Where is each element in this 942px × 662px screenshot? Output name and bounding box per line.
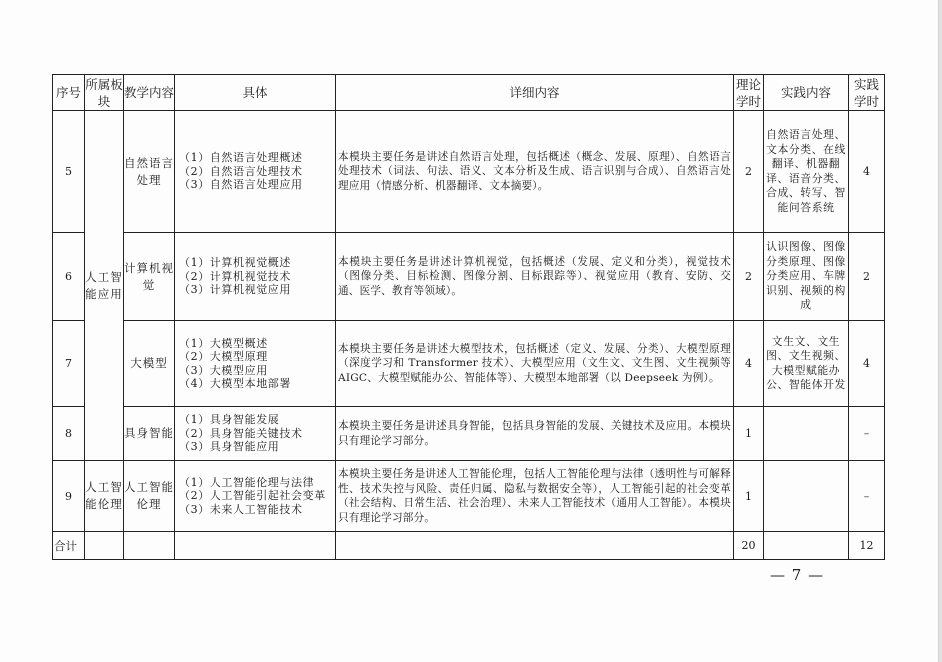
header-row: 序号 所属板块 教学内容 具体 详细内容 理论学时 实践内容 实践学时 (53, 75, 885, 111)
row-index: 7 (53, 321, 85, 407)
practice-content-cell (764, 407, 849, 461)
item-line: （1）人工智能伦理与法律 (179, 476, 335, 490)
course-schedule-table: 序号 所属板块 教学内容 具体 详细内容 理论学时 实践内容 实践学时 5 人工… (52, 74, 885, 560)
practice-hours-cell: 4 (849, 321, 885, 407)
empty-cell (336, 532, 734, 560)
table-row: 8 具身智能 （1）具身智能发展 （2）具身智能关键技术 （3）具身智能应用 本… (53, 407, 885, 461)
item-line: （3）大模型应用 (179, 364, 335, 378)
block-cell: 人工智能伦理 (85, 461, 124, 532)
items-cell: （1）计算机视觉概述 （2）计算机视觉技术 （3）计算机视觉应用 (175, 233, 336, 321)
item-line: （1）大模型概述 (179, 337, 335, 351)
practice-content-cell: 自然语言处理、文本分类、在线翻译、机器翻译、语音分类、合成、转写、智能问答系统 (764, 111, 849, 233)
row-index: 6 (53, 233, 85, 321)
items-cell: （1）具身智能发展 （2）具身智能关键技术 （3）具身智能应用 (175, 407, 336, 461)
header-practice-content: 实践内容 (764, 75, 849, 111)
row-index: 9 (53, 461, 85, 532)
item-line: （2）人工智能引起社会变革 (179, 489, 335, 503)
header-block: 所属板块 (85, 75, 124, 111)
header-items: 具体 (175, 75, 336, 111)
item-line: （3）具身智能应用 (179, 440, 335, 454)
item-line: （3）未来人工智能技术 (179, 503, 335, 517)
item-line: （2）自然语言处理技术 (179, 165, 335, 179)
theory-hours-cell: 1 (734, 461, 764, 532)
topic-cell: 计算机视觉 (124, 233, 175, 321)
block-cell: 人工智能应用 (85, 111, 124, 461)
total-label: 合计 (53, 532, 85, 560)
empty-cell (764, 532, 849, 560)
row-index: 8 (53, 407, 85, 461)
theory-hours-cell: 1 (734, 407, 764, 461)
page-number: — 7 — (770, 566, 824, 584)
detail-cell: 本模块主要任务是讲述具身智能，包括具身智能的发展、关键技术及应用。本模块只有理论… (336, 407, 734, 461)
item-line: （3）自然语言处理应用 (179, 178, 335, 192)
header-topic: 教学内容 (124, 75, 175, 111)
practice-content-cell (764, 461, 849, 532)
table-row: 5 人工智能应用 自然语言处理 （1）自然语言处理概述 （2）自然语言处理技术 … (53, 111, 885, 233)
topic-cell: 人工智能伦理 (124, 461, 175, 532)
detail-cell: 本模块主要任务是讲述计算机视觉，包括概述（发展、定义和分类），视觉技术（图像分类… (336, 233, 734, 321)
total-practice-hours: 12 (849, 532, 885, 560)
practice-hours-cell: 2 (849, 233, 885, 321)
item-line: （2）计算机视觉技术 (179, 270, 335, 284)
item-line: （1）自然语言处理概述 (179, 151, 335, 165)
empty-cell (175, 532, 336, 560)
theory-hours-cell: 2 (734, 111, 764, 233)
practice-content-cell: 认识图像、图像分类原理、图像分类应用、车牌识别、视频的构成 (764, 233, 849, 321)
header-practice-hours: 实践学时 (849, 75, 885, 111)
empty-cell (85, 532, 124, 560)
header-detail: 详细内容 (336, 75, 734, 111)
detail-cell: 本模块主要任务是讲述自然语言处理，包括概述（概念、发展、原理）、自然语言处理技术… (336, 111, 734, 233)
practice-content-cell: 文生文、文生图、文生视频、大模型赋能办公、智能体开发 (764, 321, 849, 407)
items-cell: （1）人工智能伦理与法律 （2）人工智能引起社会变革 （3）未来人工智能技术 (175, 461, 336, 532)
practice-hours-cell: 4 (849, 111, 885, 233)
practice-hours-cell: – (849, 461, 885, 532)
practice-hours-cell: – (849, 407, 885, 461)
table-row: 9 人工智能伦理 人工智能伦理 （1）人工智能伦理与法律 （2）人工智能引起社会… (53, 461, 885, 532)
theory-hours-cell: 4 (734, 321, 764, 407)
row-index: 5 (53, 111, 85, 233)
topic-cell: 大模型 (124, 321, 175, 407)
total-theory-hours: 20 (734, 532, 764, 560)
topic-cell: 自然语言处理 (124, 111, 175, 233)
item-line: （4）大模型本地部署 (179, 377, 335, 391)
items-cell: （1）大模型概述 （2）大模型原理 （3）大模型应用 （4）大模型本地部署 (175, 321, 336, 407)
total-row: 合计 20 12 (53, 532, 885, 560)
topic-cell: 具身智能 (124, 407, 175, 461)
header-index: 序号 (53, 75, 85, 111)
item-line: （2）大模型原理 (179, 350, 335, 364)
page-edge (938, 0, 942, 662)
item-line: （1）计算机视觉概述 (179, 256, 335, 270)
item-line: （3）计算机视觉应用 (179, 283, 335, 297)
detail-cell: 本模块主要任务是讲述大模型技术，包括概述（定义、发展、分类）、大模型原理（深度学… (336, 321, 734, 407)
table-row: 7 大模型 （1）大模型概述 （2）大模型原理 （3）大模型应用 （4）大模型本… (53, 321, 885, 407)
theory-hours-cell: 2 (734, 233, 764, 321)
detail-cell: 本模块主要任务是讲述人工智能伦理，包括人工智能伦理与法律（透明性与可解释性、技术… (336, 461, 734, 532)
item-line: （1）具身智能发展 (179, 413, 335, 427)
empty-cell (124, 532, 175, 560)
table-row: 6 计算机视觉 （1）计算机视觉概述 （2）计算机视觉技术 （3）计算机视觉应用… (53, 233, 885, 321)
items-cell: （1）自然语言处理概述 （2）自然语言处理技术 （3）自然语言处理应用 (175, 111, 336, 233)
item-line: （2）具身智能关键技术 (179, 427, 335, 441)
header-theory-hours: 理论学时 (734, 75, 764, 111)
